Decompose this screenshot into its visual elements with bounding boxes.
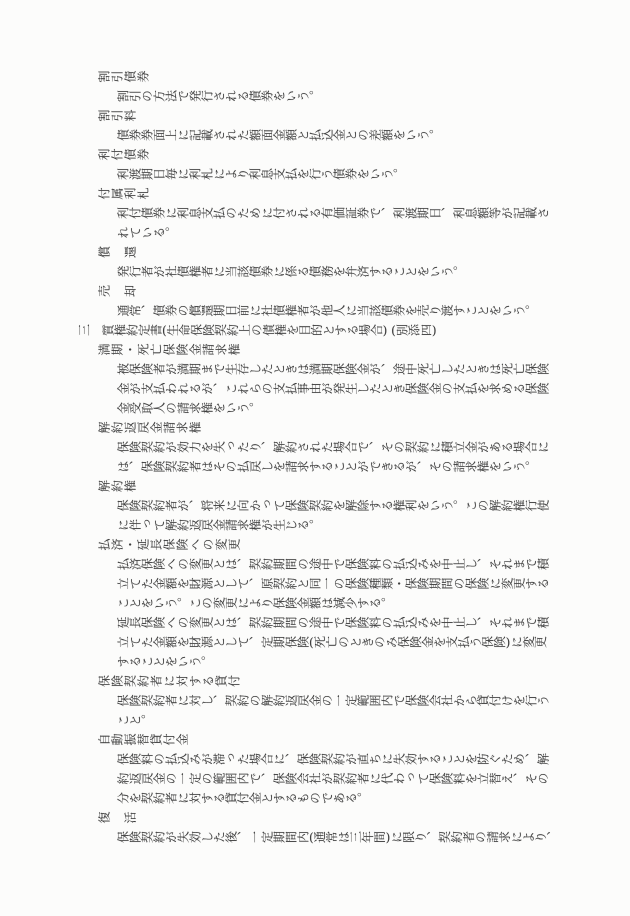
term-heading: 自動振替貸付金 (98, 731, 630, 751)
definition-line: することをいう。 (117, 653, 630, 673)
definition-line: 保険料の払込みが滞った場合に、保険契約が直ちに失効することを防ぐため、解 (117, 751, 630, 771)
definition-line: 金が支払われるが、これらの支払事由が発生したとき保険金の支払を求める保険 (117, 380, 630, 400)
definition-line: 保険契約が失効した後、一定期間内(通常は三年間)に限り、契約者の請求により、 (117, 829, 630, 849)
term-heading: 満期・死亡保険金請求権 (98, 341, 630, 361)
definition-line: 分を契約者に対する貸付金とするものである。 (117, 790, 630, 810)
term-heading: 売 却 (98, 283, 630, 303)
term-heading: 割引債券 (98, 68, 630, 88)
scanned-page: 割引債券割引の方法で発行される債券をいう。割引料債券券面上に記載された額面金額と… (0, 0, 630, 916)
definition-line: 保険契約が効力を失ったり、解約された場合で、その契約に積立金がある場合に (117, 439, 630, 459)
term-heading: 払済・延長保険への変更 (98, 536, 630, 556)
definition-line: 保険契約者が、将来に向かって保険契約を解除する権利をいう。この解約権行使 (117, 497, 630, 517)
definition-line: 延長保険への変更とは、契約期間の途中で保険料の払込みを中止し、それまで積 (117, 614, 630, 634)
definition-line: 利付債券に利息支払のために付される有価証券で、利渡期日、利息額等が記載さ (117, 205, 630, 225)
definition-line: 債券券面上に記載された額面金額と払込金との差額をいう。 (117, 127, 630, 147)
definition-line: 立てた金額を財源として、原契約と同一の保険種類・保険期間の保険に変更する (117, 575, 630, 595)
definition-line: 被保険者が満期まで生存したときは満期保険金が、途中死亡したときは死亡保険 (117, 361, 630, 381)
definition-line: ことをいう。この変更により保険金額は減少する。 (117, 595, 630, 615)
term-heading: 解約権 (98, 478, 630, 498)
term-heading: 利付債券 (98, 146, 630, 166)
section-heading: 三 質権約定書(生命保険契約上の債権を目的とする場合) (別添四) (78, 322, 630, 342)
term-heading: 保険契約者に対する貸付 (98, 673, 630, 693)
rotated-canvas: 割引債券割引の方法で発行される債券をいう。割引料債券券面上に記載された額面金額と… (0, 0, 630, 916)
definition-line: 立てた金額を財源として、定期保険(死亡のときのみ保険金を支払う保険)に変更 (117, 634, 630, 654)
vertical-text-flow: 割引債券割引の方法で発行される債券をいう。割引料債券券面上に記載された額面金額と… (0, 0, 630, 916)
definition-line: 割引の方法で発行される債券をいう。 (117, 88, 630, 108)
section-title: 質権約定書(生命保険契約上の債権を目的とする場合) (別添四) (102, 324, 437, 338)
definition-line: 利渡期日毎に利札により利息支払を行う債券をいう。 (117, 166, 630, 186)
term-heading: 復 活 (98, 809, 630, 829)
definition-line: 金受取人の請求権をいう。 (117, 400, 630, 420)
definition-line: 約返戻金の一定の範囲内で、保険会社が契約者に代わって保険料を立替え、その (117, 770, 630, 790)
term-heading: 付属利札 (98, 185, 630, 205)
definition-line: こと。 (117, 712, 630, 732)
definition-line: は、保険契約者はその払戻しを請求することができるが、その請求権をいう。 (117, 458, 630, 478)
definition-line: 発行者が社債権者に当該債券に係る債務を弁済することをいう。 (117, 263, 630, 283)
definition-line: 通常、債券の償還期日前に社債権者が他人に当該債券を売り渡すことをいう。 (117, 302, 630, 322)
definition-line: に伴って解約返戻金請求権が生じる。 (117, 517, 630, 537)
section-number: 三 (78, 324, 90, 338)
definition-line: れている。 (117, 224, 630, 244)
term-heading: 償 還 (98, 244, 630, 264)
definition-line: 保険契約者に対し、契約の解約返戻金の一定範囲内で保険会社から貸付けを行う (117, 692, 630, 712)
term-heading: 解約返戻金請求権 (98, 419, 630, 439)
definition-line: 払済保険への変更とは、契約期間の途中で保険料の払込みを中止し、それまで積 (117, 556, 630, 576)
term-heading: 割引料 (98, 107, 630, 127)
